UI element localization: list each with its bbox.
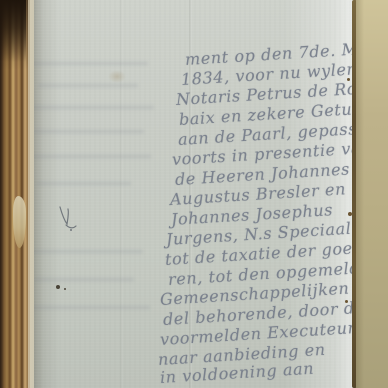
binding-dark-corner <box>0 0 26 62</box>
ink-squiggle-mark <box>56 204 82 234</box>
show-through-band <box>36 182 131 185</box>
edge-speck <box>347 78 350 81</box>
paper-stain <box>108 70 126 83</box>
edge-speck <box>345 300 348 303</box>
show-through-band <box>34 306 150 309</box>
show-through-band <box>34 278 134 281</box>
show-through-band <box>38 84 138 87</box>
manuscript-photo: ment op den 7de. Mei 1834, voor nu wylen… <box>0 0 388 388</box>
show-through-band <box>34 250 143 253</box>
ink-speck <box>56 285 60 289</box>
manuscript-page: ment op den 7de. Mei 1834, voor nu wylen… <box>34 0 354 388</box>
ink-speck <box>64 288 66 290</box>
book-fore-edge <box>356 0 388 388</box>
show-through-band <box>34 106 154 109</box>
show-through-band <box>34 155 151 158</box>
show-through-band <box>34 62 148 65</box>
show-through-band <box>34 130 144 133</box>
page-crease <box>120 0 123 388</box>
